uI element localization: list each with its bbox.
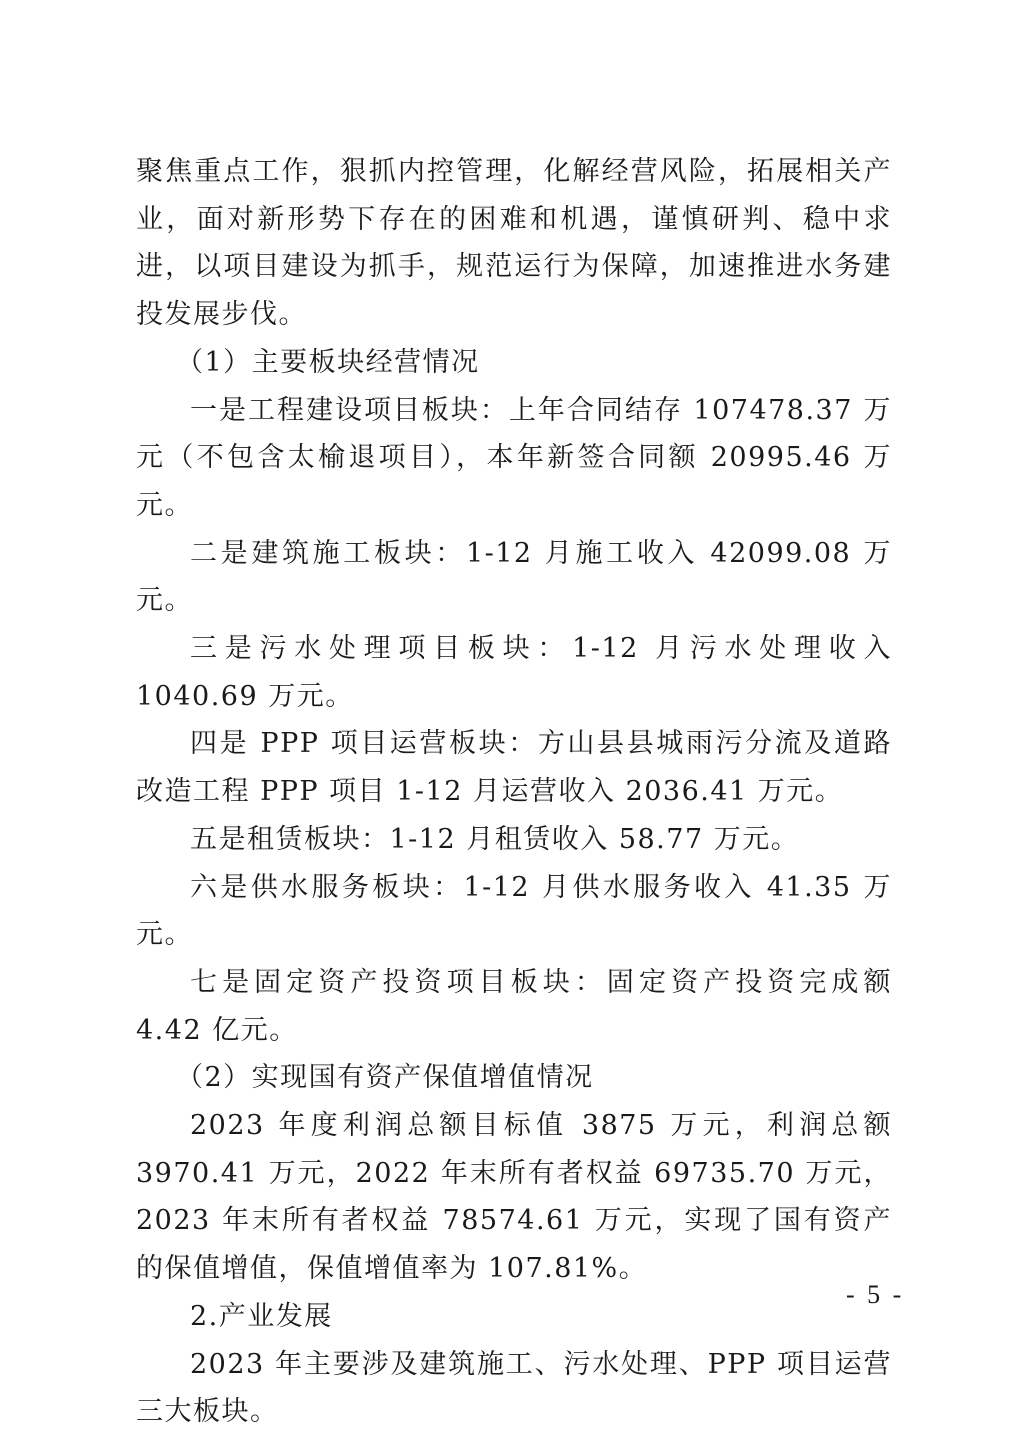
segment-ppp-paragraph: 四是 PPP 项目运营板块：方山县县城雨污分流及道路改造工程 PPP 项目 1-… [136,720,892,815]
subheading-asset-value: （2）实现国有资产保值增值情况 [136,1054,892,1102]
industry-paragraph: 2023 年主要涉及建筑施工、污水处理、PPP 项目运营三大板块。 [136,1341,892,1436]
section-heading-industry: 2.产业发展 [136,1293,892,1341]
subheading-main-segments: （1）主要板块经营情况 [136,339,892,387]
document-page-body: 聚焦重点工作，狠抓内控管理，化解经营风险，拓展相关产业，面对新形势下存在的困难和… [136,148,892,1436]
page-number: - 5 - [846,1280,904,1310]
segment-water-supply-paragraph: 六是供水服务板块：1-12 月供水服务收入 41.35 万元。 [136,864,892,959]
intro-paragraph: 聚焦重点工作，狠抓内控管理，化解经营风险，拓展相关产业，面对新形势下存在的困难和… [136,148,892,339]
segment-fixed-asset-paragraph: 七是固定资产投资项目板块：固定资产投资完成额 4.42 亿元。 [136,959,892,1054]
segment-sewage-paragraph: 三是污水处理项目板块：1-12 月污水处理收入 1040.69 万元。 [136,625,892,720]
segment-construction-paragraph: 二是建筑施工板块：1-12 月施工收入 42099.08 万元。 [136,530,892,625]
asset-value-paragraph: 2023 年度利润总额目标值 3875 万元，利润总额 3970.41 万元，2… [136,1102,892,1293]
segment-engineering-paragraph: 一是工程建设项目板块：上年合同结存 107478.37 万元（不包含太榆退项目）… [136,387,892,530]
segment-leasing-paragraph: 五是租赁板块：1-12 月租赁收入 58.77 万元。 [136,816,892,864]
